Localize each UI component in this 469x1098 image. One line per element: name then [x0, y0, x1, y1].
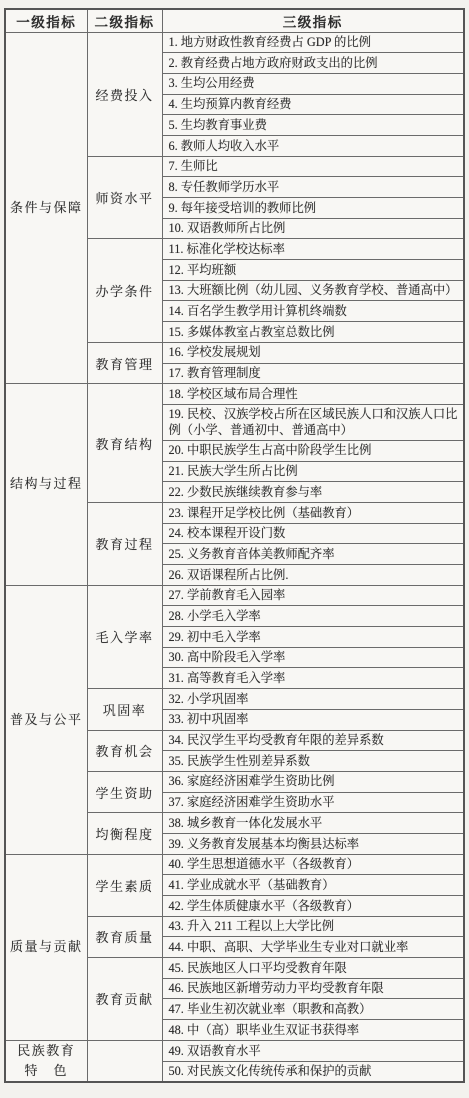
level3-indicator-cell: 43. 升入 211 工程以上大学比例	[162, 916, 464, 937]
level3-indicator-cell: 45. 民族地区人口平均受教育年限	[162, 958, 464, 979]
level3-indicator-cell: 42. 学生体质健康水平（各级教育）	[162, 896, 464, 917]
level2-indicator-cell: 教育质量	[87, 916, 162, 957]
level3-indicator-cell: 11. 标准化学校达标率	[162, 239, 464, 260]
level3-indicator-cell: 4. 生均预算内教育经费	[162, 94, 464, 115]
level2-indicator-cell	[87, 1040, 162, 1082]
level3-indicator-cell: 13. 大班额比例（幼儿园、义务教育学校、普通高中）	[162, 280, 464, 301]
level3-indicator-cell: 49. 双语教育水平	[162, 1040, 464, 1061]
header-level1: 一级指标	[5, 9, 87, 32]
level3-indicator-cell: 16. 学校发展规划	[162, 342, 464, 363]
level2-indicator-cell: 学生资助	[87, 771, 162, 812]
level3-indicator-cell: 25. 义务教育音体美教师配齐率	[162, 544, 464, 565]
level3-indicator-cell: 50. 对民族文化传统传承和保护的贡献	[162, 1061, 464, 1082]
table-row: 条件与保障经费投入1. 地方财政性教育经费占 GDP 的比例	[5, 32, 464, 53]
level3-indicator-cell: 27. 学前教育毛入园率	[162, 585, 464, 606]
level2-indicator-cell: 教育结构	[87, 384, 162, 503]
level3-indicator-cell: 37. 家庭经济困难学生资助水平	[162, 792, 464, 813]
level3-indicator-cell: 17. 教育管理制度	[162, 363, 464, 384]
level3-indicator-cell: 30. 高中阶段毛入学率	[162, 647, 464, 668]
table-row: 普及与公平毛入学率27. 学前教育毛入园率	[5, 585, 464, 606]
level3-indicator-cell: 48. 中（高）职毕业生双证书获得率	[162, 1020, 464, 1041]
table-row: 民族教育 特 色49. 双语教育水平	[5, 1040, 464, 1061]
level1-indicator-cell: 结构与过程	[5, 384, 87, 586]
level3-indicator-cell: 8. 专任教师学历水平	[162, 177, 464, 198]
indicator-table-body: 条件与保障经费投入1. 地方财政性教育经费占 GDP 的比例2. 教育经费占地方…	[5, 32, 464, 1082]
level3-indicator-cell: 38. 城乡教育一体化发展水平	[162, 813, 464, 834]
level3-indicator-cell: 3. 生均公用经费	[162, 73, 464, 94]
level3-indicator-cell: 10. 双语教师所占比例	[162, 218, 464, 239]
level3-indicator-cell: 23. 课程开足学校比例（基础教育）	[162, 502, 464, 523]
level2-indicator-cell: 教育贡献	[87, 958, 162, 1041]
level3-indicator-cell: 22. 少数民族继续教育参与率	[162, 482, 464, 503]
level2-indicator-cell: 经费投入	[87, 32, 162, 156]
level3-indicator-cell: 14. 百名学生教学用计算机终端数	[162, 301, 464, 322]
level1-indicator-cell: 条件与保障	[5, 32, 87, 384]
level3-indicator-cell: 32. 小学巩固率	[162, 689, 464, 710]
table-header-row: 一级指标 二级指标 三级指标	[5, 9, 464, 32]
level3-indicator-cell: 39. 义务教育发展基本均衡县达标率	[162, 833, 464, 854]
level3-indicator-cell: 15. 多媒体教室占教室总数比例	[162, 322, 464, 343]
header-level3: 三级指标	[162, 9, 464, 32]
level3-indicator-cell: 6. 教师人均收入水平	[162, 135, 464, 156]
level3-indicator-cell: 7. 生师比	[162, 156, 464, 177]
level3-indicator-cell: 24. 校本课程开设门数	[162, 523, 464, 544]
level2-indicator-cell: 巩固率	[87, 689, 162, 730]
level1-indicator-cell: 质量与贡献	[5, 854, 87, 1040]
level3-indicator-cell: 29. 初中毛入学率	[162, 627, 464, 648]
level3-indicator-cell: 44. 中职、高职、大学毕业生专业对口就业率	[162, 937, 464, 958]
level3-indicator-cell: 20. 中职民族学生占高中阶段学生比例	[162, 440, 464, 461]
level3-indicator-cell: 46. 民族地区新增劳动力平均受教育年限	[162, 978, 464, 999]
level2-indicator-cell: 均衡程度	[87, 813, 162, 854]
level3-indicator-cell: 9. 每年接受培训的教师比例	[162, 198, 464, 219]
level3-indicator-cell: 2. 教育经费占地方政府财政支出的比例	[162, 53, 464, 74]
level3-indicator-cell: 26. 双语课程所占比例.	[162, 565, 464, 586]
level2-indicator-cell: 办学条件	[87, 239, 162, 342]
level2-indicator-cell: 毛入学率	[87, 585, 162, 688]
indicator-table: 一级指标 二级指标 三级指标 条件与保障经费投入1. 地方财政性教育经费占 GD…	[4, 8, 465, 1083]
level3-indicator-cell: 21. 民族大学生所占比例	[162, 461, 464, 482]
level3-indicator-cell: 35. 民族学生性别差异系数	[162, 751, 464, 772]
level3-indicator-cell: 18. 学校区域布局合理性	[162, 384, 464, 405]
level3-indicator-cell: 19. 民校、汉族学校占所在区域民族人口和汉族人口比例（小学、普通初中、普通高中…	[162, 404, 464, 440]
level3-indicator-cell: 28. 小学毛入学率	[162, 606, 464, 627]
level2-indicator-cell: 教育机会	[87, 730, 162, 771]
table-row: 质量与贡献学生素质40. 学生思想道德水平（各级教育）	[5, 854, 464, 875]
level3-indicator-cell: 40. 学生思想道德水平（各级教育）	[162, 854, 464, 875]
level2-indicator-cell: 教育管理	[87, 342, 162, 383]
level3-indicator-cell: 36. 家庭经济困难学生资助比例	[162, 771, 464, 792]
level3-indicator-cell: 12. 平均班额	[162, 260, 464, 281]
level3-indicator-cell: 31. 高等教育毛入学率	[162, 668, 464, 689]
table-row: 结构与过程教育结构18. 学校区域布局合理性	[5, 384, 464, 405]
level2-indicator-cell: 师资水平	[87, 156, 162, 239]
level2-indicator-cell: 教育过程	[87, 502, 162, 585]
level3-indicator-cell: 1. 地方财政性教育经费占 GDP 的比例	[162, 32, 464, 53]
level3-indicator-cell: 47. 毕业生初次就业率（职教和高教）	[162, 999, 464, 1020]
header-level2: 二级指标	[87, 9, 162, 32]
level3-indicator-cell: 34. 民汉学生平均受教育年限的差异系数	[162, 730, 464, 751]
level3-indicator-cell: 33. 初中巩固率	[162, 709, 464, 730]
scanned-page: 一级指标 二级指标 三级指标 条件与保障经费投入1. 地方财政性教育经费占 GD…	[4, 8, 463, 1083]
level2-indicator-cell: 学生素质	[87, 854, 162, 916]
level3-indicator-cell: 5. 生均教育事业费	[162, 115, 464, 136]
level1-indicator-cell: 民族教育 特 色	[5, 1040, 87, 1082]
level3-indicator-cell: 41. 学业成就水平（基础教育）	[162, 875, 464, 896]
level1-indicator-cell: 普及与公平	[5, 585, 87, 854]
